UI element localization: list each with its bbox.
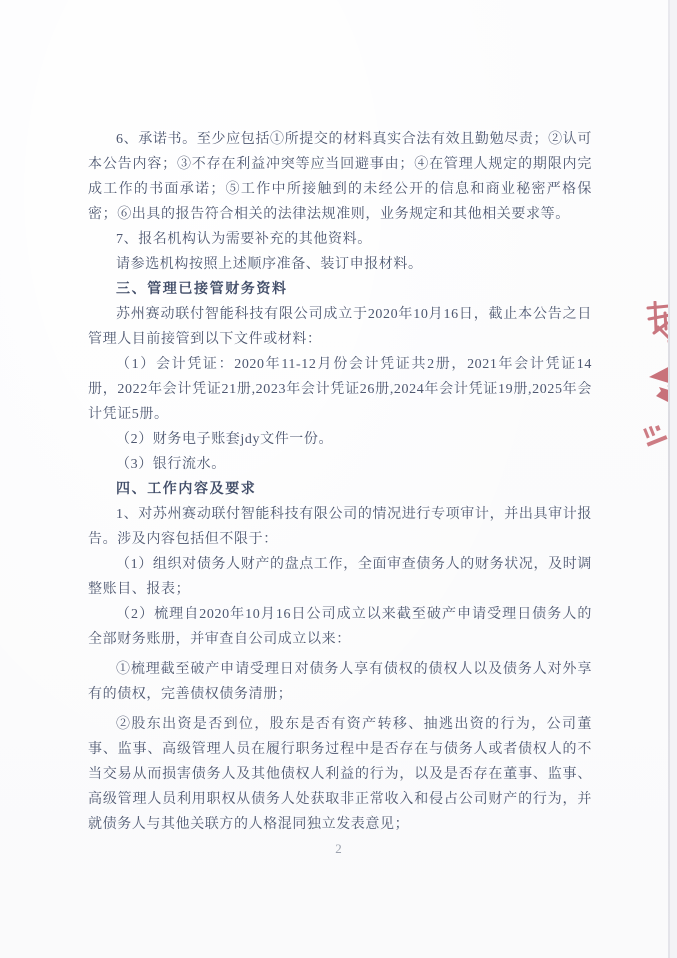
paragraph-commitment-letter: 6、承诺书。至少应包括①所提交的材料真实合法有效且勤勉尽责；②认可本公告内容；③…: [88, 127, 592, 227]
paragraph-asset-inventory: （1）组织对债务人财产的盘点工作，全面审查债务人的财务状况，及时调整账目、报表；: [88, 552, 592, 602]
scanned-document-page: 6、承诺书。至少应包括①所提交的材料真实合法有效且勤勉尽责；②认可本公告内容；③…: [0, 0, 677, 958]
page-number: 2: [0, 841, 677, 857]
paragraph-company-takeover: 苏州赛动联付智能科技有限公司成立于2020年10月16日，截止本公告之日管理人目…: [88, 302, 592, 352]
paragraph-shareholder-capital: ②股东出资是否到位，股东是否有资产转移、抽逃出资的行为，公司董事、监事、高级管理…: [88, 712, 592, 837]
paragraph-prepare-binding: 请参选机构按照上述顺序准备、装订申报材料。: [88, 252, 592, 277]
paragraph-bank-statements: （3）银行流水。: [88, 452, 592, 477]
section-heading-finance-materials: 三、管理已接管财务资料: [88, 277, 592, 302]
document-body: 6、承诺书。至少应包括①所提交的材料真实合法有效且勤勉尽责；②认可本公告内容；③…: [88, 127, 592, 837]
scan-background-sliver: [670, 0, 677, 958]
paragraph-creditor-roster: ①梳理截至破产申请受理日对债务人享有债权的债权人以及债务人对外享有的债权，完善债…: [88, 657, 592, 707]
paragraph-special-audit: 1、对苏州赛动联付智能科技有限公司的情况进行专项审计，并出具审计报告。涉及内容包…: [88, 502, 592, 552]
seal-fragment-arc-text: [641, 421, 671, 453]
page-edge-divider: [668, 0, 670, 958]
paragraph-supplementary-materials: 7、报名机构认为需要补充的其他资料。: [88, 227, 592, 252]
paragraph-electronic-ledger: （2）财务电子账套jdy文件一份。: [88, 427, 592, 452]
paragraph-accounting-vouchers: （1）会计凭证：2020年11-12月份会计凭证共2册，2021年会计凭证14册…: [88, 352, 592, 427]
section-heading-work-content: 四、工作内容及要求: [88, 477, 592, 502]
paragraph-review-account-books: （2）梳理自2020年10月16日公司成立以来截至破产申请受理日债务人的全部财务…: [88, 602, 592, 652]
